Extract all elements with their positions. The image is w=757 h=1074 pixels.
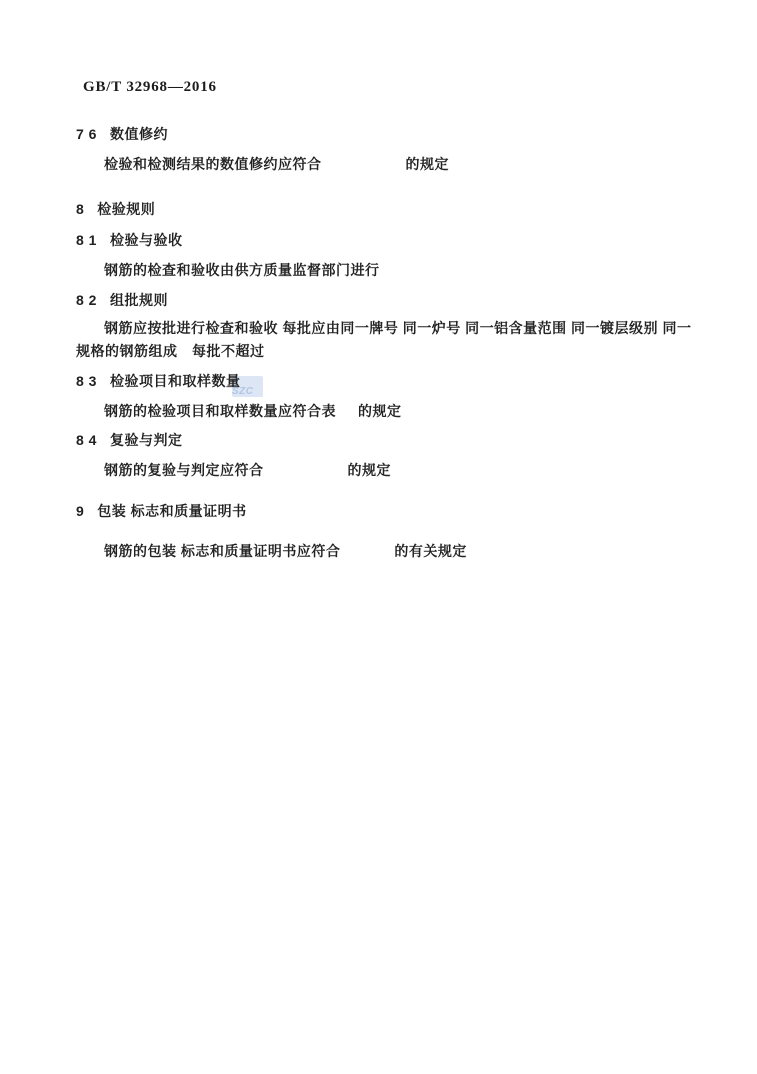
document-page: GB/T 32968—2016 7 6数值修约 检验和检测结果的数值修约应符合的… [0,0,757,1074]
section-heading-8: 8检验规则 [76,201,155,218]
paragraph-8-2-line-2: 规格的钢筋组成 每批不超过 [76,343,265,360]
paragraph-8-2-line-1: 钢筋应按批进行检查和验收 每批应由同一牌号 同一炉号 同一铝含量范围 同一镀层级… [104,320,691,337]
standard-number-header: GB/T 32968—2016 [83,79,217,96]
section-title: 组批规则 [110,292,168,308]
section-number: 8 3 [76,373,97,389]
paragraph-text: 钢筋的检查和验收由供方质量监督部门进行 [104,262,380,278]
paragraph-8-3: 钢筋的检验项目和取样数量应符合表的规定 [104,403,402,420]
paragraph-7-6: 检验和检测结果的数值修约应符合的规定 [104,156,449,173]
paragraph-text: 钢筋的复验与判定应符合 [104,462,264,478]
paragraph-text: 钢筋的检验项目和取样数量应符合表 [104,403,336,419]
paragraph-8-4: 钢筋的复验与判定应符合的规定 [104,462,391,479]
paragraph-text: 的有关规定 [394,543,467,559]
section-title: 检验与验收 [110,232,183,248]
redacted-reference-gap [322,168,406,169]
section-heading-9: 9包装 标志和质量证明书 [76,503,247,520]
section-heading-7-6: 7 6数值修约 [76,126,168,143]
section-number: 9 [76,503,84,519]
redacted-reference-gap [336,415,358,416]
paragraph-text: 规格的钢筋组成 每批不超过 [76,343,265,359]
section-heading-8-3: 8 3检验项目和取样数量 [76,373,240,390]
paragraph-9: 钢筋的包装 标志和质量证明书应符合的有关规定 [104,543,467,560]
section-number: 7 6 [76,126,97,142]
paragraph-text: 钢筋应按批进行检查和验收 每批应由同一牌号 同一炉号 同一铝含量范围 同一镀层级… [104,320,691,336]
section-title: 检验项目和取样数量 [110,373,241,389]
paragraph-8-1: 钢筋的检查和验收由供方质量监督部门进行 [104,262,380,279]
paragraph-text: 的规定 [406,156,450,172]
section-title: 包装 标志和质量证明书 [97,503,246,519]
section-heading-8-2: 8 2组批规则 [76,292,168,309]
section-heading-8-1: 8 1检验与验收 [76,232,182,249]
section-number: 8 1 [76,232,97,248]
section-title: 复验与判定 [110,432,183,448]
section-title: 数值修约 [110,126,168,142]
redacted-reference-gap [264,474,348,475]
section-title: 检验规则 [97,201,155,217]
redacted-reference-gap [340,555,394,556]
paragraph-text: 检验和检测结果的数值修约应符合 [104,156,322,172]
section-number: 8 2 [76,292,97,308]
section-heading-8-4: 8 4复验与判定 [76,432,182,449]
paragraph-text: 的规定 [358,403,402,419]
paragraph-text: 钢筋的包装 标志和质量证明书应符合 [104,543,340,559]
section-number: 8 4 [76,432,97,448]
section-number: 8 [76,201,84,217]
paragraph-text: 的规定 [348,462,392,478]
